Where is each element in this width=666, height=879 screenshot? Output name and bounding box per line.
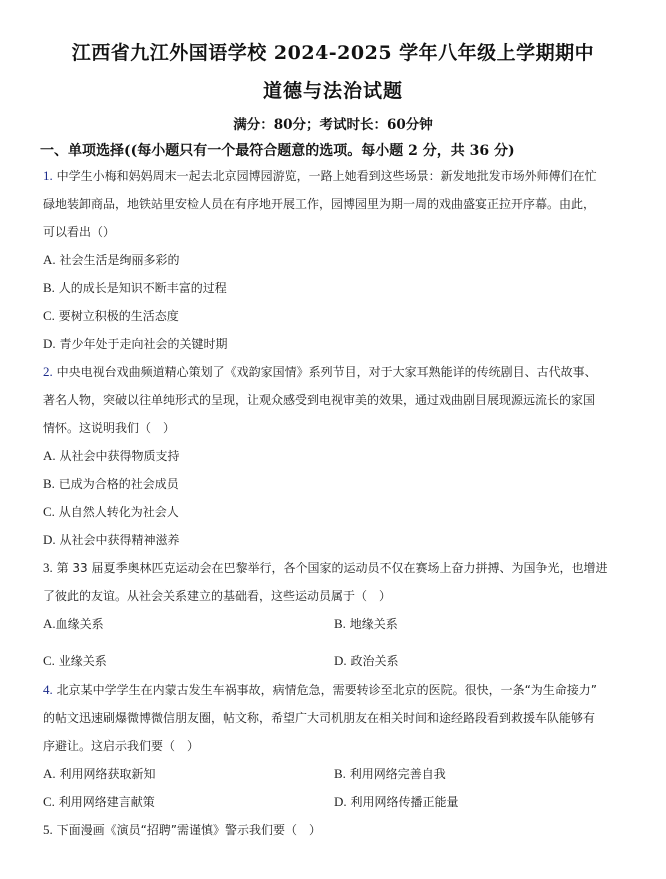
question-number: 3. [43, 560, 53, 575]
option-letter: C. [43, 653, 55, 668]
option-letter: C. [43, 794, 55, 809]
option-text: 地缘关系 [350, 617, 398, 631]
option-text: 业缘关系 [59, 654, 107, 668]
option-letter: D. [334, 653, 347, 668]
option-a[interactable]: A. 从社会中获得物质支持 [43, 448, 179, 464]
option-text: 社会生活是绚丽多彩的 [59, 253, 179, 267]
question-line: 序避让。这启示我们要（ ） [43, 738, 199, 754]
question-line: 5. 下面漫画《演员“招聘”需谨慎》警示我们要（ ） [43, 822, 321, 838]
option-a[interactable]: A.血缘关系 [43, 616, 104, 632]
question-text: 中央电视台戏曲频道精心策划了《戏韵家国情》系列节目，对于大家耳熟能详的传统剧目、… [57, 365, 597, 379]
option-letter: A. [43, 448, 56, 463]
question-number: 2. [43, 364, 53, 379]
question-line: 碌地装卸商品，地铁站里安检人员在有序地开展工作，园博园里为期一周的戏曲盛宴正拉开… [43, 196, 595, 212]
option-d[interactable]: D. 青少年处于走向社会的关键时期 [43, 336, 227, 352]
question-line: 可以看出（） [43, 224, 115, 240]
question-text: 北京某中学学生在内蒙古发生车祸事故，病情危急，需要转诊至北京的医院。很快，一条“… [57, 683, 597, 697]
option-d[interactable]: D. 从社会中获得精神滋养 [43, 532, 179, 548]
question-line: 著名人物，突破以往单纯形式的呈现，让观众感受到电视审美的效果，通过戏曲剧目展现源… [43, 392, 595, 408]
option-c[interactable]: C. 从自然人转化为社会人 [43, 504, 179, 520]
option-text: 利用网络传播正能量 [350, 795, 458, 809]
option-c[interactable]: C. 利用网络建言献策 [43, 794, 155, 810]
option-letter: C. [43, 308, 55, 323]
option-text: 利用网络完善自我 [350, 767, 446, 781]
option-letter: D. [334, 794, 347, 809]
question-line: 情怀。这说明我们（ ） [43, 420, 175, 436]
option-letter: B. [43, 280, 55, 295]
option-letter: A. [43, 616, 56, 631]
option-c[interactable]: C. 业缘关系 [43, 653, 107, 669]
question-text: 第 33 届夏季奥林匹克运动会在巴黎举行，各个国家的运动员不仅在赛场上奋力拼搏、… [57, 561, 608, 575]
option-letter: B. [43, 476, 55, 491]
option-d[interactable]: D. 政治关系 [334, 653, 398, 669]
option-letter: D. [43, 336, 56, 351]
option-c[interactable]: C. 要树立积极的生活态度 [43, 308, 179, 324]
option-b[interactable]: B. 利用网络完善自我 [334, 766, 446, 782]
option-letter: A. [43, 252, 56, 267]
option-b[interactable]: B. 地缘关系 [334, 616, 398, 632]
option-text: 从社会中获得物质支持 [59, 449, 179, 463]
option-text: 人的成长是知识不断丰富的过程 [59, 281, 227, 295]
question-line: 了彼此的友谊。从社会关系建立的基础看，这些运动员属于（ ） [43, 588, 391, 604]
option-b[interactable]: B. 人的成长是知识不断丰富的过程 [43, 280, 227, 296]
section-heading: 一、单项选择((每小题只有一个最符合题意的选项。每小题 2 分，共 36 分) [40, 140, 515, 160]
option-text: 青少年处于走向社会的关键时期 [59, 337, 227, 351]
option-a[interactable]: A. 利用网络获取新知 [43, 766, 155, 782]
question-number: 5. [43, 822, 53, 837]
option-text: 从社会中获得精神滋养 [59, 533, 179, 547]
question-number: 1. [43, 168, 53, 183]
option-letter: B. [334, 616, 346, 631]
option-text: 从自然人转化为社会人 [59, 505, 179, 519]
option-letter: B. [334, 766, 346, 781]
title-line-1: 江西省九江外国语学校 2024-2025 学年八年级上学期期中 [0, 38, 666, 65]
option-letter: A. [43, 766, 56, 781]
question-text: 下面漫画《演员“招聘”需谨慎》警示我们要（ ） [57, 823, 321, 837]
option-d[interactable]: D. 利用网络传播正能量 [334, 794, 458, 810]
question-text: 中学生小梅和妈妈周末一起去北京园博园游览，一路上她看到这些场景：新发地批发市场外… [57, 169, 597, 183]
question-line: 2. 中央电视台戏曲频道精心策划了《戏韵家国情》系列节目，对于大家耳熟能详的传统… [43, 364, 597, 380]
title-line-2: 道德与法治试题 [0, 76, 666, 103]
option-text: 政治关系 [350, 654, 398, 668]
option-a[interactable]: A. 社会生活是绚丽多彩的 [43, 252, 179, 268]
option-b[interactable]: B. 已成为合格的社会成员 [43, 476, 179, 492]
option-letter: C. [43, 504, 55, 519]
question-line: 3. 第 33 届夏季奥林匹克运动会在巴黎举行，各个国家的运动员不仅在赛场上奋力… [43, 560, 607, 576]
option-text: 利用网络建言献策 [59, 795, 155, 809]
option-letter: D. [43, 532, 56, 547]
option-text: 已成为合格的社会成员 [59, 477, 179, 491]
exam-meta: 满分：80分；考试时长：60分钟 [0, 113, 666, 133]
option-text: 要树立积极的生活态度 [59, 309, 179, 323]
question-line: 4. 北京某中学学生在内蒙古发生车祸事故，病情危急，需要转诊至北京的医院。很快，… [43, 682, 597, 698]
question-number: 4. [43, 682, 53, 697]
question-line: 的帖文迅速刷爆微博微信朋友圈，帖文称，希望广大司机朋友在相关时间和途经路段看到救… [43, 710, 595, 726]
option-text: 利用网络获取新知 [59, 767, 155, 781]
question-line: 1. 中学生小梅和妈妈周末一起去北京园博园游览，一路上她看到这些场景：新发地批发… [43, 168, 597, 184]
option-text: 血缘关系 [56, 617, 104, 631]
